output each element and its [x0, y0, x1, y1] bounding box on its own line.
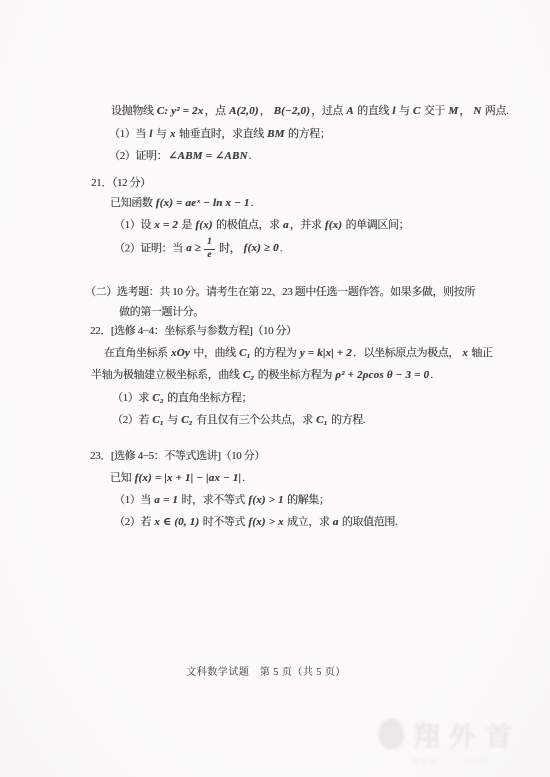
q23-number-line: 23．[选修 4−5：不等式选讲]（10 分）	[90, 447, 265, 463]
exam-content: 设抛物线 C: y² = 2x，点 A(2,0)， B(−2,0)，过点 A 的…	[0, 0, 550, 777]
q22-number-line: 22．[选修 4−4：坐标系与参数方程]（10 分）	[90, 322, 297, 338]
q23-intro-line: 已知 f(x) = |x + 1| − |ax − 1|.	[110, 469, 244, 485]
watermark: 翔 外 首 www.·····.com	[378, 713, 546, 773]
exam-page: 设抛物线 C: y² = 2x，点 A(2,0)， B(−2,0)，过点 A 的…	[0, 0, 550, 777]
q22-intro-line2: 半轴为极轴建立极坐标系，曲线 C₂ 的极坐标方程为 ρ² + 2ρcos θ −…	[91, 366, 433, 382]
q20-intro-line: 设抛物线 C: y² = 2x，点 A(2,0)， B(−2,0)，过点 A 的…	[111, 102, 508, 118]
watermark-glyph: 外	[449, 715, 476, 754]
q21-part1-line: （1）设 x = 2 是 f(x) 的极值点，求 a，并求 f(x) 的单调区间…	[114, 216, 409, 232]
watermark-row: 翔 外 首	[378, 713, 546, 755]
watermark-glyph: 首	[485, 715, 512, 754]
q23-part1-line: （1）当 a = 1 时，求不等式 f(x) > 1 的解集；	[114, 491, 329, 507]
q22-intro-line1: 在直角坐标系 xOy 中，曲线 C₁ 的方程为 y = k|x| + 2．以坐标…	[104, 344, 492, 360]
q20-part2-line: （2）证明：∠ABM = ∠ABN.	[109, 147, 251, 163]
section2-header-line1: （二）选考题：共 10 分。请考生在第 22、23 题中任选一题作答。如果多做，…	[85, 283, 475, 299]
q22-part2-line: （2）若 C₁ 与 C₂ 有且仅有三个公共点，求 C₁ 的方程.	[112, 411, 365, 427]
q23-part2-line: （2）若 x ∈ (0, 1) 时不等式 f(x) > x 成立，求 a 的取值…	[114, 513, 397, 529]
q20-part1-line: （1）当 l 与 x 轴垂直时，求直线 BM 的方程；	[109, 125, 330, 141]
page-footer: 文科数学试题 第 5 页（共 5 页）	[0, 663, 532, 678]
watermark-caption: www.·····.com	[378, 756, 546, 767]
section2-header-line2: 做的第一题计分。	[119, 303, 204, 319]
watermark-logo-icon	[374, 716, 408, 753]
q21-number-line: 21．（12 分）	[91, 174, 151, 190]
fraction: 1e	[204, 238, 215, 260]
q21-part2-line: （2）证明：当 a ≥1e 时， f(x) ≥ 0.	[114, 238, 282, 260]
q22-part1-line: （1）求 C₂ 的直角坐标方程；	[112, 389, 252, 405]
watermark-glyph: 翔	[413, 715, 440, 754]
q21-intro-line: 已知函数 f(x) = aeˣ − ln x − 1.	[110, 194, 253, 210]
